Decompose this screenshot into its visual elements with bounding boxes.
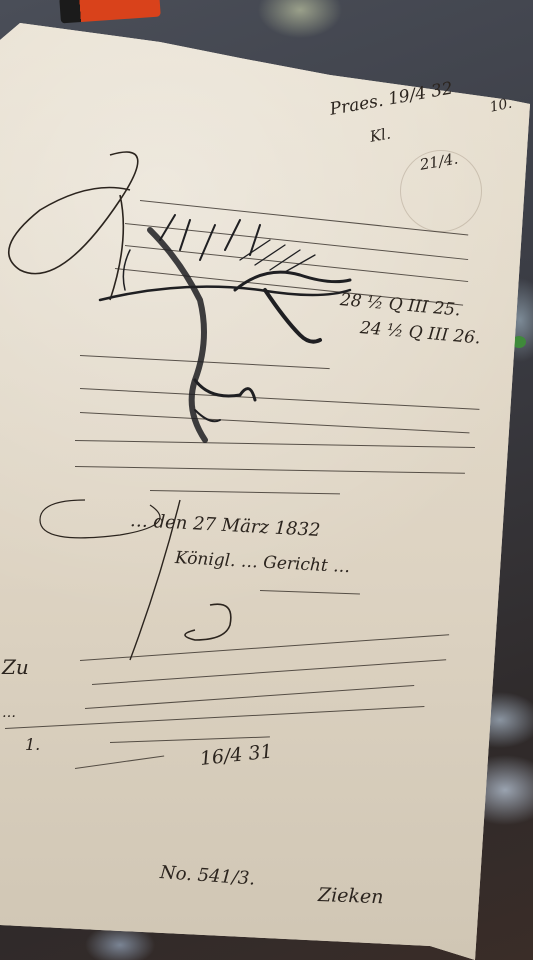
ink-face-sketch [0, 0, 533, 960]
marginal-note-line-1: Zu [2, 655, 29, 679]
marginal-note-line-2: … [2, 705, 16, 721]
marginal-note-line-3: 1. [25, 735, 40, 754]
bottom-signature: Zieken [318, 884, 384, 908]
